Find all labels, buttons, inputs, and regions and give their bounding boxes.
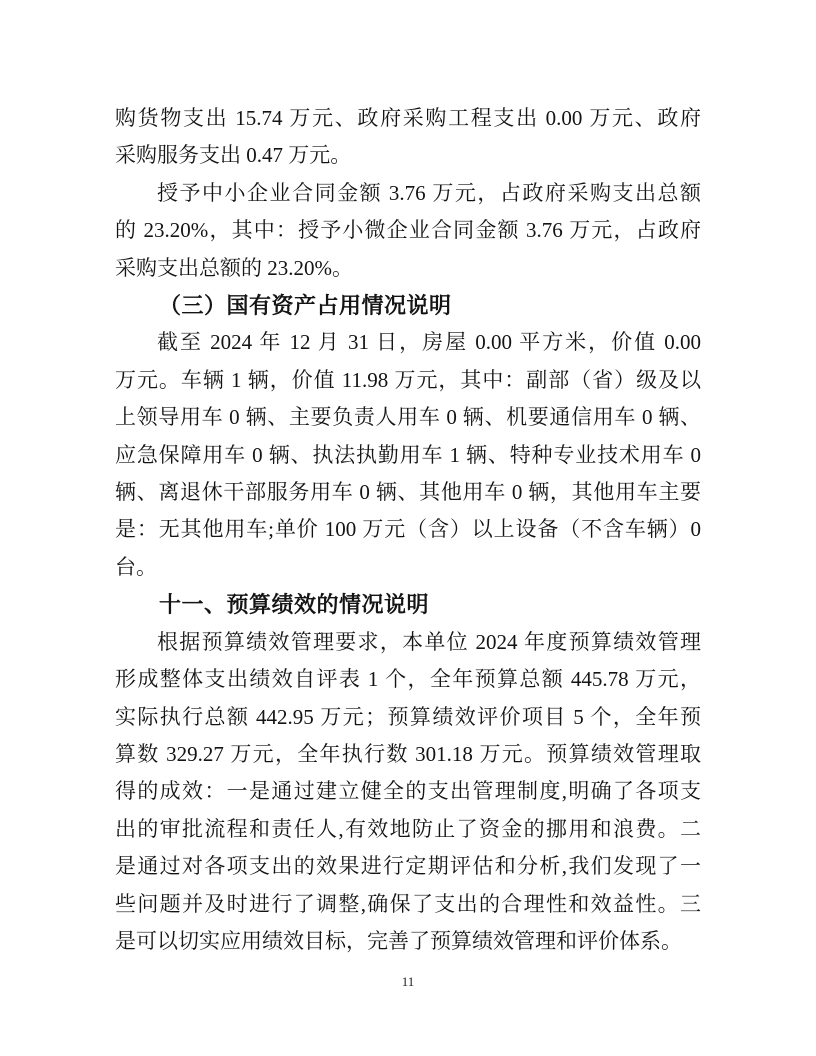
- text-line: 授予中小企业合同金额 3.76 万元，占政府采购支出总额: [115, 175, 701, 212]
- text-line: 些问题并及时进行了调整,确保了支出的合理性和效益性。三: [115, 886, 701, 923]
- text-line: 是可以切实应用绩效目标，完善了预算绩效管理和评价体系。: [115, 923, 701, 960]
- text-line: 购货物支出 15.74 万元、政府采购工程支出 0.00 万元、政府: [115, 100, 701, 137]
- section-heading: 十一、预算绩效的情况说明: [115, 586, 701, 623]
- text-line: 上领导用车 0 辆、主要负责人用车 0 辆、机要通信用车 0 辆、: [115, 399, 701, 436]
- text-line: 算数 329.27 万元，全年执行数 301.18 万元。预算绩效管理取: [115, 736, 701, 773]
- text-line: 出的审批流程和责任人,有效地防止了资金的挪用和浪费。二: [115, 811, 701, 848]
- text-line: 根据预算绩效管理要求，本单位 2024 年度预算绩效管理: [115, 624, 701, 661]
- text-line: 应急保障用车 0 辆、执法执勤用车 1 辆、特种专业技术用车 0: [115, 437, 701, 474]
- text-line: 是通过对各项支出的效果进行定期评估和分析,我们发现了一: [115, 848, 701, 885]
- document-page: 购货物支出 15.74 万元、政府采购工程支出 0.00 万元、政府采购服务支出…: [0, 0, 816, 1056]
- text-line: 万元。车辆 1 辆，价值 11.98 万元，其中：副部（省）级及以: [115, 362, 701, 399]
- text-line: 得的成效：一是通过建立健全的支出管理制度,明确了各项支: [115, 773, 701, 810]
- document-body: 购货物支出 15.74 万元、政府采购工程支出 0.00 万元、政府采购服务支出…: [115, 100, 701, 960]
- section-heading: （三）国有资产占用情况说明: [115, 287, 701, 324]
- text-line: 是：无其他用车;单价 100 万元（含）以上设备（不含车辆）0: [115, 511, 701, 548]
- text-line: 形成整体支出绩效自评表 1 个，全年预算总额 445.78 万元，: [115, 661, 701, 698]
- text-line: 实际执行总额 442.95 万元；预算绩效评价项目 5 个，全年预: [115, 699, 701, 736]
- text-line: 采购服务支出 0.47 万元。: [115, 137, 701, 174]
- text-line: 辆、离退休干部服务用车 0 辆、其他用车 0 辆，其他用车主要: [115, 474, 701, 511]
- text-line: 采购支出总额的 23.20%。: [115, 250, 701, 287]
- text-line: 的 23.20%，其中：授予小微企业合同金额 3.76 万元，占政府: [115, 212, 701, 249]
- text-line: 截至 2024 年 12 月 31 日，房屋 0.00 平方米，价值 0.00: [115, 324, 701, 361]
- text-line: 台。: [115, 549, 701, 586]
- page-number: 11: [0, 974, 816, 990]
